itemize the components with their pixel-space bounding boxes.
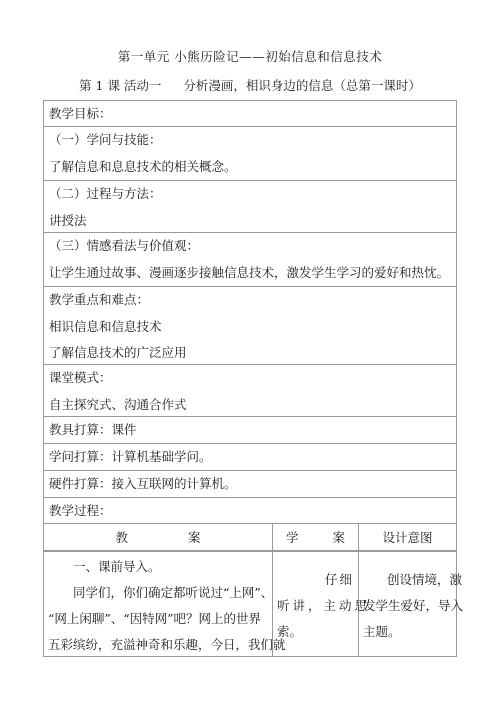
key-point-item: 相识信息和信息技术 <box>49 314 456 341</box>
student-line: 索。 <box>277 619 354 645</box>
lesson-plan-cell: 一、课前导入。 同学们，你们确定都听说过“上网”、 “网上闲聊”、“因特网”吧？… <box>44 552 273 656</box>
student-line: 听讲，主动思 <box>277 593 354 619</box>
lesson-line: 一、课前导入。 <box>48 554 268 580</box>
skill-row: （一）学问与技能： 了解信息和息息技术的相关概念。 <box>44 127 456 181</box>
goal-label: 教学目标： <box>49 101 456 128</box>
method-heading: （二）过程与方法： <box>49 181 456 208</box>
hardware-text: 硬件打算：接入互联网的计算机。 <box>49 471 456 498</box>
emotion-row: （三）情感看法与价值观： 让学生通过故事、漫画逐步接触信息技术，激发学生学习的爱… <box>44 233 456 287</box>
teaching-process-label: 教学过程： <box>49 498 456 525</box>
process-table-row: 一、课前导入。 同学们，你们确定都听说过“上网”、 “网上闲聊”、“因特网”吧？… <box>44 552 456 657</box>
header-student-char-1: 学 <box>286 530 299 545</box>
header-student-char-2: 案 <box>333 530 346 545</box>
lesson-line: “网上闲聊”、“因特网”吧？网上的世界 <box>48 606 268 632</box>
teaching-process-row: 教学过程： <box>44 498 456 524</box>
header-design-intent: 设计意图 <box>359 524 456 551</box>
key-point-item: 了解信息技术的广泛应用 <box>49 340 456 367</box>
method-row: （二）过程与方法： 讲授法 <box>44 181 456 233</box>
design-intent-cell: 创设情境，激 发学生爱好，导入 主题。 <box>359 552 456 656</box>
lesson-topic: 分析漫画，相识身边的信息（总第一课时） <box>183 78 421 93</box>
knowledge-text: 学问打算：计算机基础学问。 <box>49 444 456 471</box>
class-mode-content: 自主探究式、沟通合作式 <box>49 392 456 419</box>
goal-row: 教学目标： <box>44 101 456 127</box>
design-line: 创设情境，激 <box>363 554 452 593</box>
tools-text: 教具打算：课件 <box>49 417 456 444</box>
header-student-plan: 学案 <box>273 524 359 551</box>
class-mode-row: 课堂模式： 自主探究式、沟通合作式 <box>44 365 456 417</box>
header-lesson-plan: 教案 <box>44 524 273 551</box>
student-plan-cell: 仔细 听讲，主动思 索。 <box>273 552 359 656</box>
design-line: 发学生爱好，导入 <box>363 593 452 619</box>
key-points-heading: 教学重点和难点： <box>49 287 456 314</box>
hardware-row: 硬件打算：接入互联网的计算机。 <box>44 471 456 498</box>
lesson-subtitle: 第 1 课 活动一分析漫画，相识身边的信息（总第一课时） <box>0 76 500 94</box>
header-lesson-char-1: 教 <box>115 530 128 545</box>
emotion-heading: （三）情感看法与价值观： <box>49 233 456 260</box>
key-points-row: 教学重点和难点： 相识信息和信息技术 了解信息技术的广泛应用 <box>44 287 456 365</box>
lesson-number: 第 1 课 活动一 <box>79 78 161 93</box>
lesson-line: 五彩缤纷，充溢神奇和乐趣，今日，我们就 <box>48 632 268 658</box>
knowledge-row: 学问打算：计算机基础学问。 <box>44 444 456 471</box>
skill-content: 了解信息和息息技术的相关概念。 <box>49 154 456 181</box>
design-line: 主题。 <box>363 619 452 645</box>
tools-row: 教具打算：课件 <box>44 417 456 444</box>
student-line: 仔细 <box>277 554 354 593</box>
lesson-plan-table: 教学目标： （一）学问与技能： 了解信息和息息技术的相关概念。 （二）过程与方法… <box>43 100 457 657</box>
skill-heading: （一）学问与技能： <box>49 127 456 154</box>
unit-title: 第一单元 小熊历险记——初始信息和信息技术 <box>0 47 500 65</box>
process-table-header: 教案 学案 设计意图 <box>44 524 456 552</box>
lesson-line: 同学们，你们确定都听说过“上网”、 <box>48 580 268 606</box>
method-content: 讲授法 <box>49 208 456 235</box>
header-lesson-char-2: 案 <box>188 530 201 545</box>
class-mode-heading: 课堂模式： <box>49 365 456 392</box>
emotion-content: 让学生通过故事、漫画逐步接触信息技术，激发学生学习的爱好和热忱。 <box>49 260 456 287</box>
